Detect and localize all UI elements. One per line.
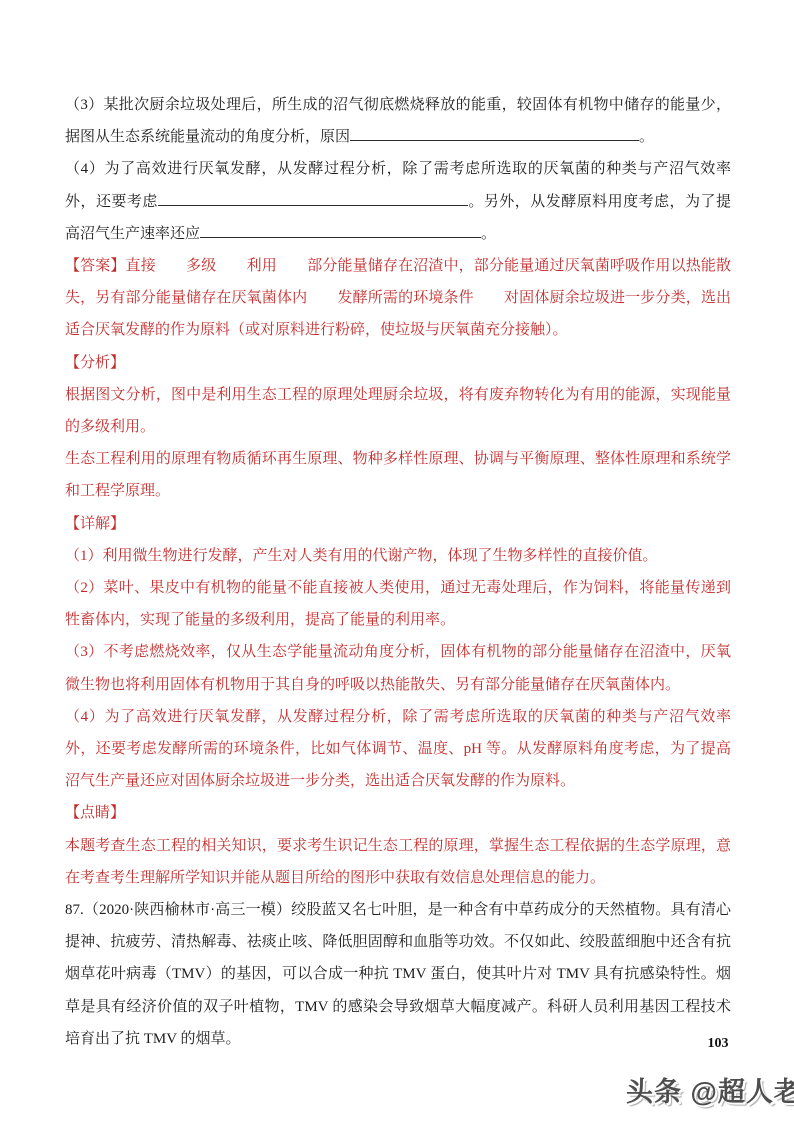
question-87-paragraph: 87.（2020·陕西榆林市·高三一模）绞股蓝又名七叶胆，是一种含有中草药成分的… [65, 894, 731, 1055]
detail-paragraph-3: （3）不考虑燃烧效率，仅从生态学能量流动角度分析，固体有机物的部分能量储存在沼渣… [65, 636, 731, 700]
document-content: （3）某批次厨余垃圾处理后，所生成的沼气彻底燃烧释放的能重，较固体有机物中储存的… [65, 89, 731, 1055]
question-4-period: 。 [481, 226, 496, 242]
analysis-paragraph-1: 根据图文分析，图中是利用生态工程的原理处理厨余垃圾，将有废弃物转化为有用的能源，… [65, 379, 731, 443]
detail-label: 【详解】 [65, 508, 731, 540]
answer-section: 【答案】直接 多级 利用 部分能量储存在沼渣中，部分能量通过厌氧菌呼吸作用以热能… [65, 250, 731, 347]
key-point-paragraph: 本题考查生态工程的相关知识，要求考生识记生态工程的原理，掌握生态工程依据的生态学… [65, 830, 731, 894]
question-4-paragraph: （4）为了高效进行厌氧发酵，从发酵过程分析，除了需考虑所选取的厌氧菌的种类与产沼… [65, 153, 731, 250]
document-page: （3）某批次厨余垃圾处理后，所生成的沼气彻底燃烧释放的能重，较固体有机物中储存的… [0, 0, 794, 1123]
watermark: 头条 @超人老师 [626, 1070, 794, 1109]
analysis-label: 【分析】 [65, 347, 731, 379]
key-point-label: 【点睛】 [65, 797, 731, 829]
analysis-paragraph-2: 生态工程利用的原理有物质循环再生原理、物种多样性原理、协调与平衡原理、整体性原理… [65, 443, 731, 507]
detail-paragraph-4: （4）为了高效进行厌氧发酵，从发酵过程分析，除了需考虑所选取的厌氧菌的种类与产沼… [65, 701, 731, 798]
answer-blank-q4-second [200, 222, 481, 238]
question-3-paragraph: （3）某批次厨余垃圾处理后，所生成的沼气彻底燃烧释放的能重，较固体有机物中储存的… [65, 89, 731, 153]
page-number: 103 [698, 1036, 738, 1052]
detail-paragraph-2: （2）菜叶、果皮中有机物的能量不能直接被人类使用，通过无毒处理后，作为饲料，将能… [65, 572, 731, 636]
answer-blank-q4-first [158, 190, 468, 206]
detail-paragraph-1: （1）利用微生物进行发酵，产生对人类有用的代谢产物，体现了生物多样性的直接价值。 [65, 540, 731, 572]
question-3-period: 。 [639, 129, 654, 145]
answer-blank-q3 [350, 125, 639, 141]
